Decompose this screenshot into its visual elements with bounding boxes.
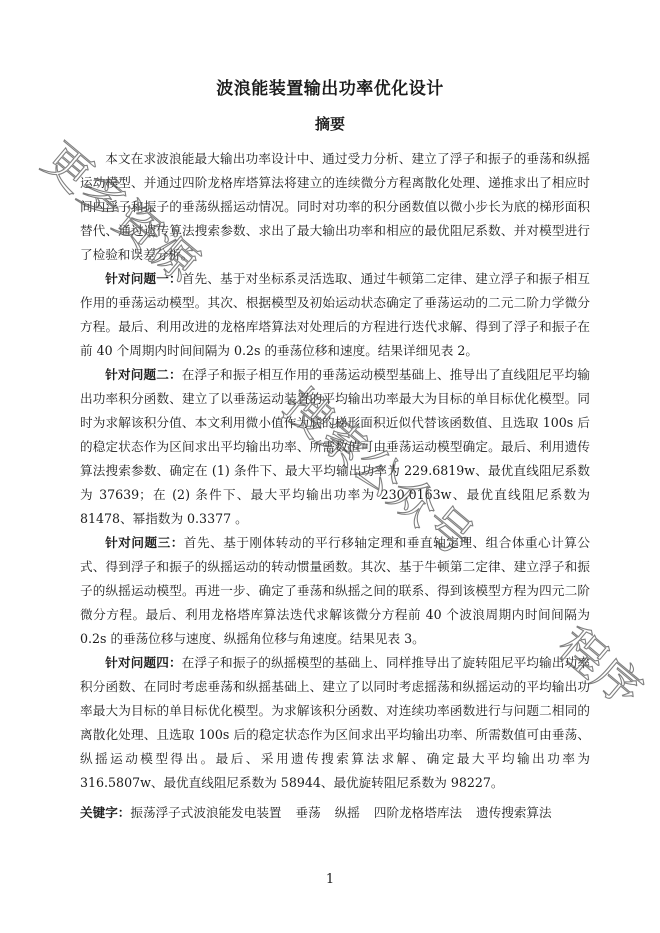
problem-2-paragraph: 针对问题二：在浮子和振子相互作用的垂荡运动模型基础上、推导出了直线阻尼平均输出功… bbox=[80, 363, 590, 531]
problem-4-lead: 针对问题四： bbox=[105, 655, 182, 670]
paragraph-text: 在浮子和振子的纵摇模型的基础上、同样推导出了旋转阻尼平均输出功率积分函数、在同时… bbox=[80, 655, 590, 790]
problem-3-paragraph: 针对问题三：首先、基于刚体转动的平行移轴定理和垂直轴定理、组合体重心计算公式、得… bbox=[80, 531, 590, 651]
problem-4-paragraph: 针对问题四：在浮子和振子的纵摇模型的基础上、同样推导出了旋转阻尼平均输出功率积分… bbox=[80, 651, 590, 795]
page-number: 1 bbox=[0, 872, 660, 887]
paragraph-text: 本文在求波浪能最大输出功率设计中、通过受力分析、建立了浮子和振子的垂荡和纵摇运动… bbox=[80, 151, 590, 262]
paragraph-text: 首先、基于刚体转动的平行移轴定理和垂直轴定理、组合体重心计算公式、得到浮子和振子… bbox=[80, 535, 590, 646]
keywords-line: 关键字：振荡浮子式波浪能发电装置垂荡纵摇四阶龙格塔库法遗传搜索算法 bbox=[80, 801, 590, 825]
paper-page: 波浪能装置输出功率优化设计 摘要 本文在求波浪能最大输出功率设计中、通过受力分析… bbox=[0, 0, 660, 933]
problem-3-lead: 针对问题三： bbox=[105, 535, 184, 550]
abstract-intro-paragraph: 本文在求波浪能最大输出功率设计中、通过受力分析、建立了浮子和振子的垂荡和纵摇运动… bbox=[80, 147, 590, 267]
paragraph-text: 在浮子和振子相互作用的垂荡运动模型基础上、推导出了直线阻尼平均输出功率积分函数、… bbox=[80, 367, 590, 526]
problem-1-lead: 针对问题一： bbox=[105, 271, 182, 286]
keywords-label: 关键字： bbox=[80, 805, 130, 820]
keyword-item: 振荡浮子式波浪能发电装置 bbox=[130, 805, 281, 820]
paper-title: 波浪能装置输出功率优化设计 bbox=[0, 74, 660, 99]
keyword-item: 垂荡 bbox=[296, 805, 321, 820]
keyword-item: 纵摇 bbox=[335, 805, 360, 820]
keyword-item: 四阶龙格塔库法 bbox=[374, 805, 462, 820]
keyword-item: 遗传搜索算法 bbox=[476, 805, 552, 820]
problem-1-paragraph: 针对问题一：首先、基于对坐标系灵活选取、通过牛顿第二定律、建立浮子和振子相互作用… bbox=[80, 267, 590, 363]
abstract-heading: 摘要 bbox=[0, 113, 660, 134]
abstract-body: 本文在求波浪能最大输出功率设计中、通过受力分析、建立了浮子和振子的垂荡和纵摇运动… bbox=[80, 147, 590, 825]
problem-2-lead: 针对问题二： bbox=[105, 367, 182, 382]
